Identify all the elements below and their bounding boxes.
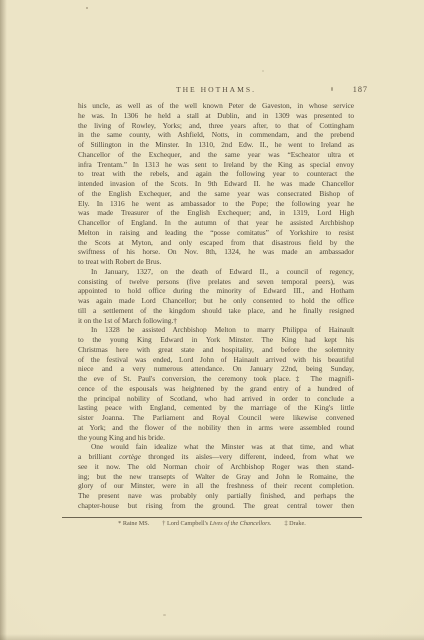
text-line: swiftness of his horse. On Nov. 8th, 132… <box>78 247 354 257</box>
text-line: at York; and the flower of the nobility … <box>78 423 354 433</box>
text-line: it on the 1st of March following.† <box>78 316 354 326</box>
text-line: chapter-house but rising from the ground… <box>78 501 354 511</box>
footnote-rule <box>62 517 362 518</box>
text-block: his uncle, as well as of the well known … <box>78 101 354 511</box>
text-line: in the same county, with Ashfield, Notts… <box>78 130 354 140</box>
paper-speck <box>262 70 264 72</box>
footnote-item: * Raine MS. <box>118 520 149 528</box>
text-line: Christmas here with great state and hosp… <box>78 345 354 355</box>
text-line: to treat with Robert de Brus. <box>78 257 354 267</box>
text-line: infra Trentam.” In 1313 he was sent to I… <box>78 160 354 170</box>
text-line: to treat with the rebels, and again the … <box>78 169 354 179</box>
footnote-item: † Lord Campbell's Lives of the Chancello… <box>162 520 271 528</box>
text-line: One would fain idealize what the Minster… <box>78 442 354 452</box>
paper-speck <box>86 7 88 9</box>
paper-speck <box>163 614 166 616</box>
footnote-text: * Raine MS.† Lord Campbell's Lives of th… <box>62 520 362 528</box>
text-line: the principal nobility of Scotland, who … <box>78 394 354 404</box>
text-line: Ely. In 1316 he went as ambassador to th… <box>78 199 354 209</box>
text-line: ing; but the new transepts of Walter de … <box>78 472 354 482</box>
book-page: THE HOTHAMS. 187 his uncle, as well as o… <box>0 0 424 640</box>
text-line: The present nave was probably only parti… <box>78 491 354 501</box>
text-line: was again made Lord Chancellor; but he o… <box>78 296 354 306</box>
scan-edge-shadow-left <box>0 0 7 640</box>
text-line: lasting peace with England, cemented by … <box>78 403 354 413</box>
text-line: the living of Rowley, Yorks; and, three … <box>78 121 354 131</box>
footnote-item: ‡ Drake. <box>285 520 306 528</box>
running-head: THE HOTHAMS. 187 <box>78 85 354 97</box>
text-line: the eve of St. Paul's conversion, the ce… <box>78 374 354 384</box>
text-line: of the festival was ended, Lord John of … <box>78 355 354 365</box>
text-line: Chancellor of England. In the autumn of … <box>78 218 354 228</box>
text-line: consisting of twelve persons (five prela… <box>78 277 354 287</box>
text-line: cence of the espousals was heightened by… <box>78 384 354 394</box>
text-line: till a settlement of the kingdom should … <box>78 306 354 316</box>
text-line: see it now. The old Norman choir of Arch… <box>78 462 354 472</box>
text-line: the Scots at Myton, and only escaped fro… <box>78 238 354 248</box>
text-line: sister Joanna. The Parliament and Royal … <box>78 413 354 423</box>
scan-edge-shadow-bottom <box>0 634 424 640</box>
text-line: was made Treasurer of the English Excheq… <box>78 208 354 218</box>
text-line: appointed to hold office during the mino… <box>78 286 354 296</box>
text-line: he was. In 1306 he held a stall at Dubli… <box>78 111 354 121</box>
page-number: 187 <box>353 85 368 94</box>
text-line: Melton in raising and leading the “posse… <box>78 228 354 238</box>
text-line: glory of our Minster, were in all the fr… <box>78 481 354 491</box>
text-line: In 1328 he assisted Archbishop Melton to… <box>78 325 354 335</box>
text-line: niece and a very numerous attendance. On… <box>78 364 354 374</box>
text-line: his uncle, as well as of the well known … <box>78 101 354 111</box>
page-title: THE HOTHAMS. <box>78 85 354 94</box>
text-line: In January, 1327, on the death of Edward… <box>78 267 354 277</box>
text-line: the young King and his bride. <box>78 433 354 443</box>
paper-speck <box>331 87 333 91</box>
text-line: Chancellor of the Exchequer, and the sam… <box>78 150 354 160</box>
text-line: a brilliant cortège thronged its aisles—… <box>78 452 354 462</box>
text-line: of the English Exchequer, and the same y… <box>78 189 354 199</box>
text-line: to the young King Edward in York Minster… <box>78 335 354 345</box>
text-line: of Stillington in the Minster. In 1310, … <box>78 140 354 150</box>
text-line: intended invasion of the Scots. In 9th E… <box>78 179 354 189</box>
